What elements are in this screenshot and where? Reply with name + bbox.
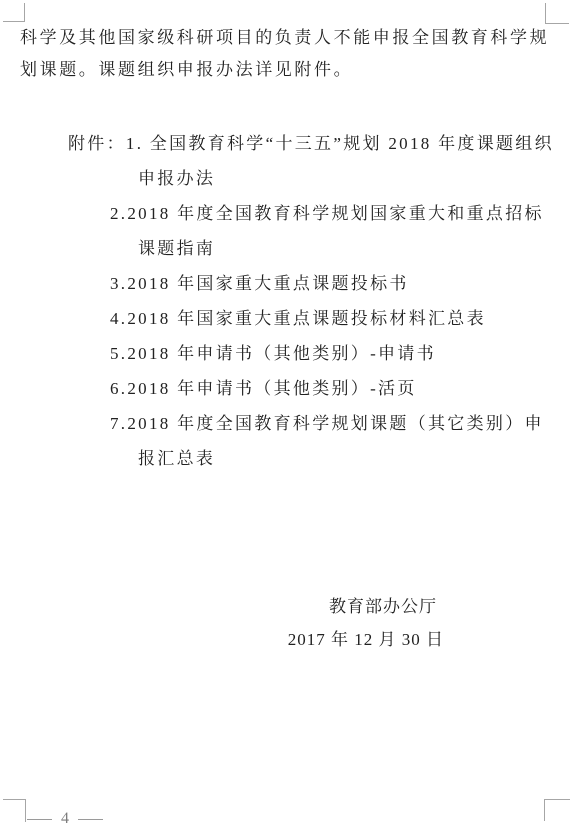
attachment-list: 附件：1. 全国教育科学“十三五”规划 2018 年度课题组织 申报办法 2.2… bbox=[0, 126, 572, 476]
attachment-line: 课题指南 bbox=[138, 231, 572, 266]
attachment-line: 3.2018 年国家重大重点课题投标书 bbox=[110, 266, 572, 301]
body-paragraph-line: 划课题。课题组织申报办法详见附件。 bbox=[20, 54, 560, 86]
margin-mark-bottom-left-icon bbox=[3, 799, 26, 822]
margin-mark-top-left-icon bbox=[3, 3, 25, 22]
margin-mark-bottom-right-icon bbox=[544, 799, 570, 821]
attachment-line: 附件：1. 全国教育科学“十三五”规划 2018 年度课题组织 bbox=[68, 126, 572, 161]
margin-mark-top-right-icon bbox=[545, 3, 569, 24]
page-number-dash-icon bbox=[78, 819, 103, 820]
attachment-line: 7.2018 年度全国教育科学规划课题（其它类别）申 bbox=[110, 406, 572, 441]
document-page: 科学及其他国家级科研项目的负责人不能申报全国教育科学规 划课题。课题组织申报办法… bbox=[0, 0, 572, 829]
attachment-line: 4.2018 年国家重大重点课题投标材料汇总表 bbox=[110, 301, 572, 336]
page-number: 4 bbox=[27, 811, 103, 827]
signature-block: 教育部办公厅 2017 年 12 月 30 日 bbox=[0, 590, 572, 656]
signature-organization: 教育部办公厅 bbox=[0, 590, 572, 623]
signature-date: 2017 年 12 月 30 日 bbox=[0, 623, 572, 656]
attachment-line: 6.2018 年申请书（其他类别）-活页 bbox=[110, 371, 572, 406]
attachment-line: 申报办法 bbox=[138, 161, 572, 196]
attachment-line: 2.2018 年度全国教育科学规划国家重大和重点招标 bbox=[110, 196, 572, 231]
body-paragraph-line: 科学及其他国家级科研项目的负责人不能申报全国教育科学规 bbox=[20, 22, 560, 54]
body-paragraph: 科学及其他国家级科研项目的负责人不能申报全国教育科学规 划课题。课题组织申报办法… bbox=[20, 22, 560, 86]
attachment-line: 报汇总表 bbox=[138, 441, 572, 476]
page-number-value: 4 bbox=[61, 811, 69, 827]
page-number-dash-icon bbox=[27, 819, 52, 820]
attachment-line: 5.2018 年申请书（其他类别）-申请书 bbox=[110, 336, 572, 371]
